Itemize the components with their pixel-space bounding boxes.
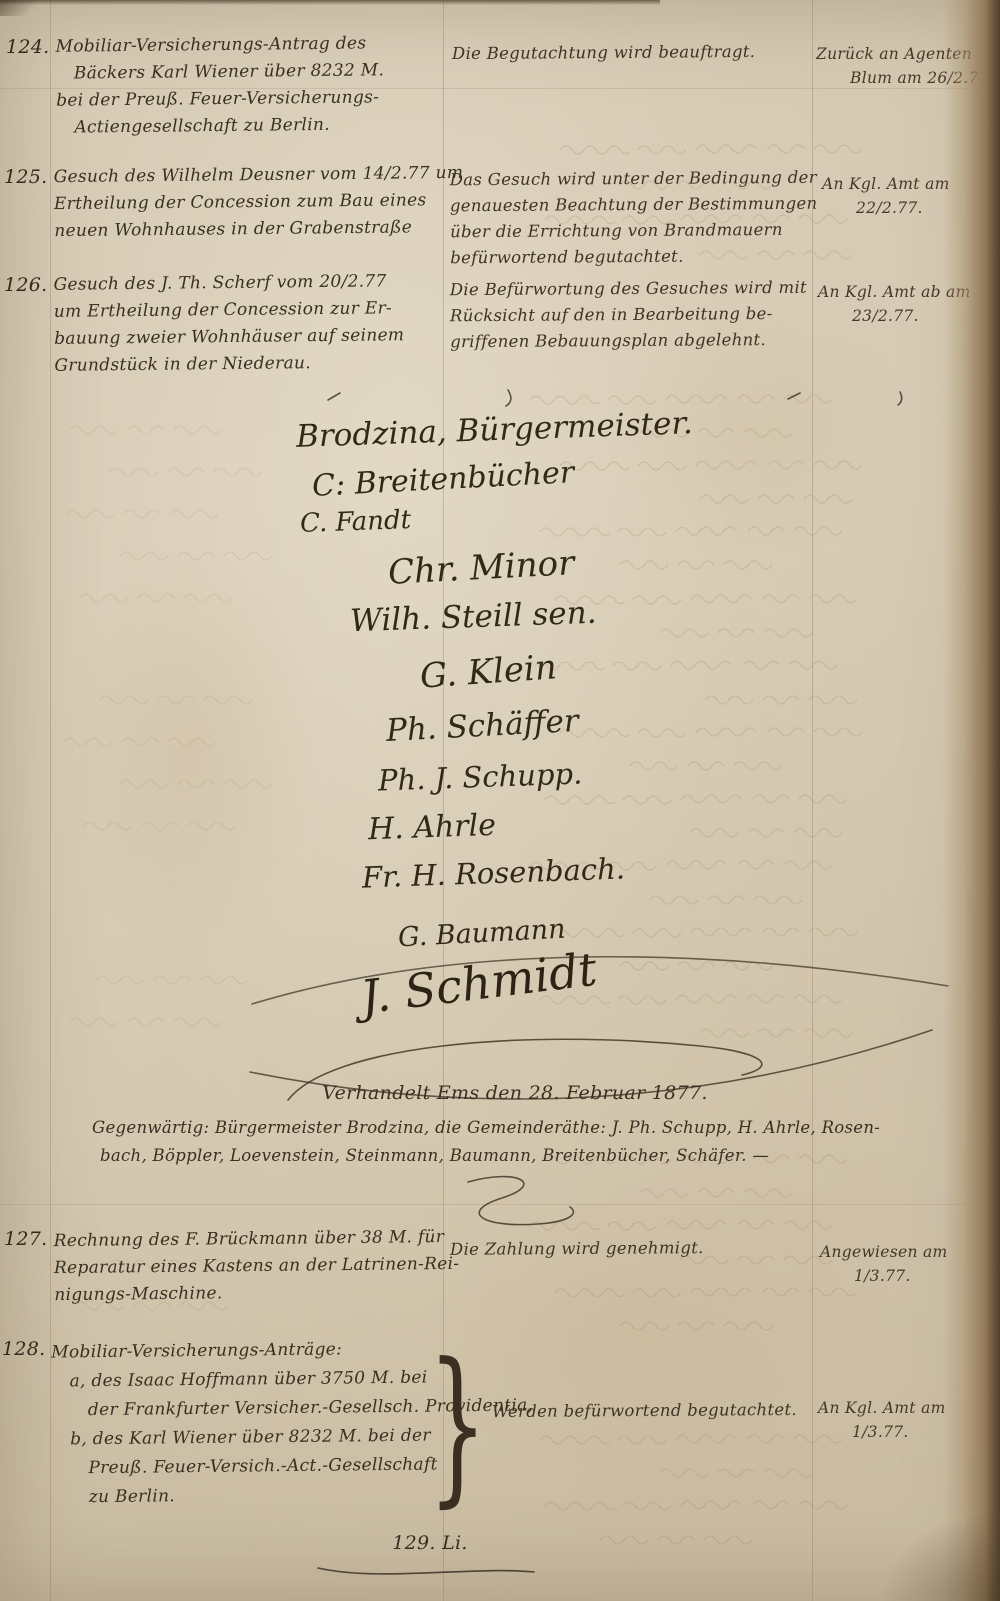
signature-minor: Chr. Minor bbox=[387, 543, 575, 593]
catchword-next-entry: 129. Li. bbox=[320, 1532, 540, 1554]
text-line: Bäckers Karl Wiener über 8232 M. bbox=[74, 57, 385, 87]
manuscript-page: 124. Mobiliar-Versicherungs-Antrag des B… bbox=[0, 0, 1000, 1601]
grouping-brace: } bbox=[428, 1336, 487, 1515]
signature-breitenbuecher: C: Breitenbücher bbox=[311, 455, 575, 504]
entry-number-126: 126. bbox=[4, 274, 48, 296]
entry-128-decision: Werden befürwortend begutachtet. bbox=[492, 1397, 797, 1425]
text-line: neuen Wohnhauses in der Grabenstraße bbox=[54, 214, 464, 245]
entry-125-decision: Das Gesuch wird unter der Bedingung der … bbox=[450, 165, 818, 272]
signature-schaeffer: Ph. Schäffer bbox=[385, 703, 579, 749]
session-date-line: Verhandelt Ems den 28. Februar 1877. bbox=[280, 1082, 750, 1104]
text-line: befürwortend begutachtet. bbox=[450, 243, 818, 272]
entry-number-127: 127. bbox=[4, 1228, 48, 1250]
text-line: Werden befürwortend begutachtet. bbox=[492, 1397, 797, 1425]
text-line: Grundstück in der Niederau. bbox=[54, 349, 404, 380]
bleedthrough-left bbox=[64, 426, 272, 1310]
entry-127-margin-note: Angewiesen am 1/3.77. bbox=[820, 1240, 948, 1288]
text-line: bei der Preuß. Feuer-Versicherungs- bbox=[56, 84, 385, 114]
text-line: An Kgl. Amt am bbox=[822, 172, 950, 196]
text-line: Angewiesen am bbox=[820, 1240, 948, 1264]
entry-number-124: 124. bbox=[6, 36, 50, 58]
entry-number-128: 128. bbox=[2, 1338, 46, 1360]
text-line: bauung zweier Wohnhäuser auf seinem bbox=[54, 322, 404, 353]
text-line: Mobiliar-Versicherungs-Antrag des bbox=[55, 30, 384, 60]
text-line: Die Zahlung wird genehmigt. bbox=[450, 1235, 704, 1263]
entry-128-margin-note: An Kgl. Amt am 1/3.77. bbox=[818, 1396, 946, 1444]
text-line: Rechnung des F. Brückmann über 38 M. für bbox=[54, 1224, 460, 1255]
text-line: 1/3.77. bbox=[854, 1264, 948, 1288]
text-line: Die Begutachtung wird beauftragt. bbox=[452, 39, 755, 67]
text-line: Rücksicht auf den in Bearbeitung be- bbox=[450, 301, 807, 329]
entry-124-decision: Die Begutachtung wird beauftragt. bbox=[452, 39, 755, 67]
signature-schupp: Ph. J. Schupp. bbox=[377, 756, 582, 797]
text-line: Ertheilung der Concession zum Bau eines bbox=[54, 187, 464, 218]
signature-rosenbach: Fr. H. Rosenbach. bbox=[361, 851, 625, 894]
entry-126-decision: Die Befürwortung des Gesuches wird mit R… bbox=[450, 275, 808, 355]
text-line: genauesten Beachtung der Bestimmungen bbox=[450, 191, 818, 220]
entry-127-decision: Die Zahlung wird genehmigt. bbox=[450, 1235, 704, 1263]
page-edge-right-dark bbox=[986, 0, 1000, 1601]
text-line: Actiengesellschaft zu Berlin. bbox=[74, 111, 385, 141]
text-line: Reparatur eines Kastens an der Latrinen-… bbox=[54, 1251, 460, 1282]
text-line: 22/2.77. bbox=[856, 196, 950, 220]
attendance-line-1: Gegenwärtig: Bürgermeister Brodzina, die… bbox=[92, 1118, 880, 1137]
text-line: Die Befürwortung des Gesuches wird mit bbox=[450, 275, 807, 303]
text-line: Gesuch des Wilhelm Deusner vom 14/2.77 u… bbox=[54, 160, 464, 191]
entry-126-text: Gesuch des J. Th. Scherf vom 20/2.77 um … bbox=[53, 268, 404, 380]
text-line: griffenen Bebauungsplan abgelehnt. bbox=[450, 327, 807, 355]
entry-127-text: Rechnung des F. Brückmann über 38 M. für… bbox=[54, 1224, 460, 1309]
text-line: nigungs-Maschine. bbox=[54, 1278, 460, 1309]
entry-124-text: Mobiliar-Versicherungs-Antrag des Bäcker… bbox=[55, 30, 384, 141]
entry-number-125: 125. bbox=[4, 166, 48, 188]
signature-brodzina: Brodzina, Bürgermeister. bbox=[295, 405, 693, 455]
attendance-line-2: bach, Böppler, Loevenstein, Steinmann, B… bbox=[100, 1146, 769, 1165]
signature-schmidt: J. Schmidt bbox=[358, 942, 600, 1025]
entry-125-text: Gesuch des Wilhelm Deusner vom 14/2.77 u… bbox=[54, 160, 464, 245]
text-line: um Ertheilung der Concession zur Er- bbox=[54, 295, 404, 326]
signature-steill: Wilh. Steill sen. bbox=[349, 595, 597, 640]
text-line: über die Errichtung von Brandmauern bbox=[450, 217, 818, 246]
text-line: Gesuch des J. Th. Scherf vom 20/2.77 bbox=[53, 268, 403, 299]
page-edge-top bbox=[0, 0, 660, 5]
text-line: 1/3.77. bbox=[852, 1420, 946, 1444]
page-corner-bottom-right bbox=[880, 1511, 1000, 1601]
entry-125-margin-note: An Kgl. Amt am 22/2.77. bbox=[822, 172, 950, 220]
paper-blotch bbox=[60, 540, 320, 960]
text-line: Das Gesuch wird unter der Bedingung der bbox=[450, 165, 818, 194]
signature-ahrle: H. Ahrle bbox=[367, 808, 496, 847]
text-line: An Kgl. Amt am bbox=[818, 1396, 946, 1420]
signature-klein: G. Klein bbox=[419, 647, 558, 696]
signature-fandt: C. Fandt bbox=[300, 505, 412, 539]
crease-line bbox=[0, 1204, 1000, 1205]
page-corner-top-left bbox=[0, 0, 44, 16]
